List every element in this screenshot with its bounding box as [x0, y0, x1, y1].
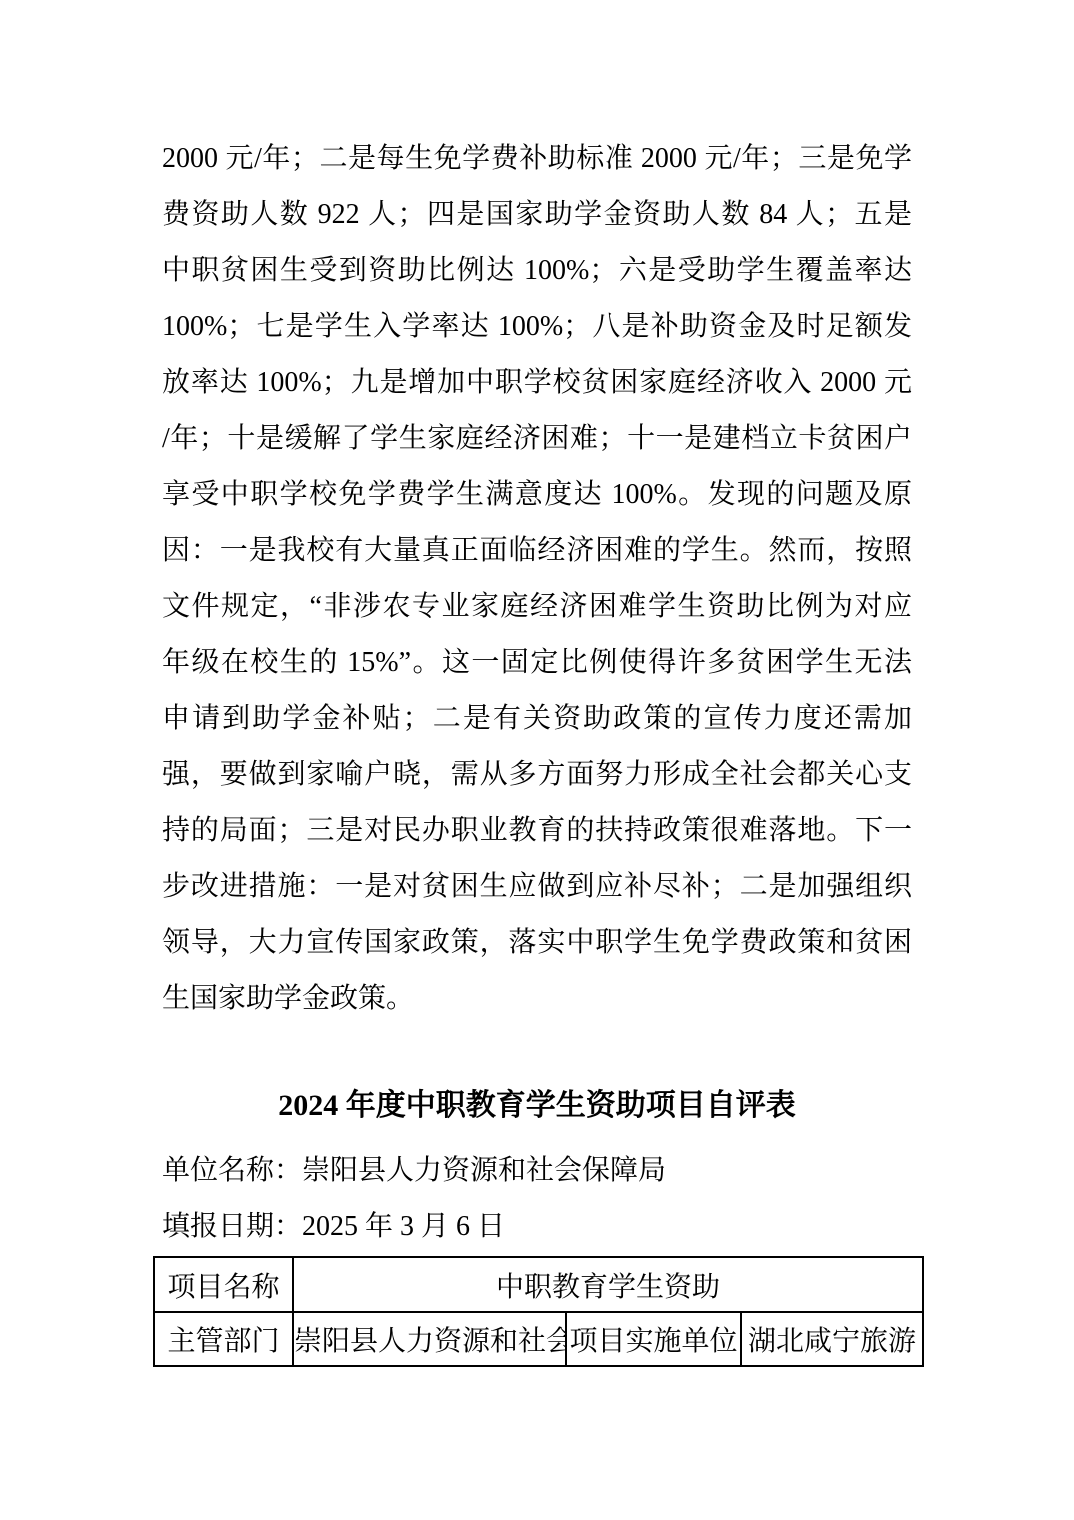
paragraph-line: 申请到助学金补贴；二是有关资助政策的宣传力度还需加 — [162, 691, 912, 747]
project-name-label-cell: 项目名称 — [154, 1257, 293, 1312]
paragraph-line: 年级在校生的 15%”。这一固定比例使得许多贫困学生无法 — [162, 635, 912, 691]
unit-name-value: 崇阳县人力资源和社会保障局 — [302, 1155, 666, 1186]
paragraph-line: 文件规定，“非涉农专业家庭经济困难学生资助比例为对应 — [162, 579, 912, 635]
paragraph-line: 放率达 100%；九是增加中职学校贫困家庭经济收入 2000 元 — [162, 355, 912, 411]
project-name-value-cell: 中职教育学生资助 — [293, 1257, 923, 1312]
paragraph-line: 中职贫困生受到资助比例达 100%；六是受助学生覆盖率达 — [162, 243, 912, 299]
paragraph-line: 生国家助学金政策。 — [162, 971, 912, 1027]
paragraph-line: 费资助人数 922 人；四是国家助学金资助人数 84 人；五是 — [162, 187, 912, 243]
paragraph-line: /年；十是缓解了学生家庭经济困难；十一是建档立卡贫困户 — [162, 411, 912, 467]
table-row: 主管部门 崇阳县人力资源和社会 项目实施单位 湖北咸宁旅游 — [154, 1312, 923, 1366]
supervisor-label-cell: 主管部门 — [154, 1312, 293, 1366]
unit-name-label: 单位名称： — [162, 1155, 302, 1186]
paragraph-line: 领导，大力宣传国家政策，落实中职学生免学费政策和贫困 — [162, 915, 912, 971]
report-date-label: 填报日期： — [162, 1211, 302, 1242]
paragraph-line: 因：一是我校有大量真正面临经济困难的学生。然而，按照 — [162, 523, 912, 579]
unit-name-line: 单位名称：崇阳县人力资源和社会保障局 — [162, 1143, 922, 1199]
paragraph-line: 2000 元/年；二是每生免学费补助标准 2000 元/年；三是免学 — [162, 131, 912, 187]
paragraph-line: 享受中职学校免学费学生满意度达 100%。发现的问题及原 — [162, 467, 912, 523]
report-date-line: 填报日期：2025 年 3 月 6 日 — [162, 1199, 922, 1255]
report-date-value: 2025 年 3 月 6 日 — [302, 1211, 505, 1242]
supervisor-value-cell: 崇阳县人力资源和社会 — [293, 1312, 566, 1366]
paragraph-line: 步改进措施：一是对贫困生应做到应补尽补；二是加强组织 — [162, 859, 912, 915]
body-paragraph: 2000 元/年；二是每生免学费补助标准 2000 元/年；三是免学 费资助人数… — [162, 131, 912, 1027]
implementer-value-cell: 湖北咸宁旅游 — [741, 1312, 923, 1366]
self-evaluation-table: 项目名称 中职教育学生资助 主管部门 崇阳县人力资源和社会 项目实施单位 湖北咸… — [153, 1256, 924, 1367]
form-title: 2024 年度中职教育学生资助项目自评表 — [0, 1084, 1074, 1128]
table-row: 项目名称 中职教育学生资助 — [154, 1257, 923, 1312]
implementer-label-cell: 项目实施单位 — [566, 1312, 741, 1366]
paragraph-line: 持的局面；三是对民办职业教育的扶持政策很难落地。下一 — [162, 803, 912, 859]
paragraph-line: 强，要做到家喻户晓，需从多方面努力形成全社会都关心支 — [162, 747, 912, 803]
paragraph-line: 100%；七是学生入学率达 100%；八是补助资金及时足额发 — [162, 299, 912, 355]
document-page: 2000 元/年；二是每生免学费补助标准 2000 元/年；三是免学 费资助人数… — [0, 0, 1074, 1520]
